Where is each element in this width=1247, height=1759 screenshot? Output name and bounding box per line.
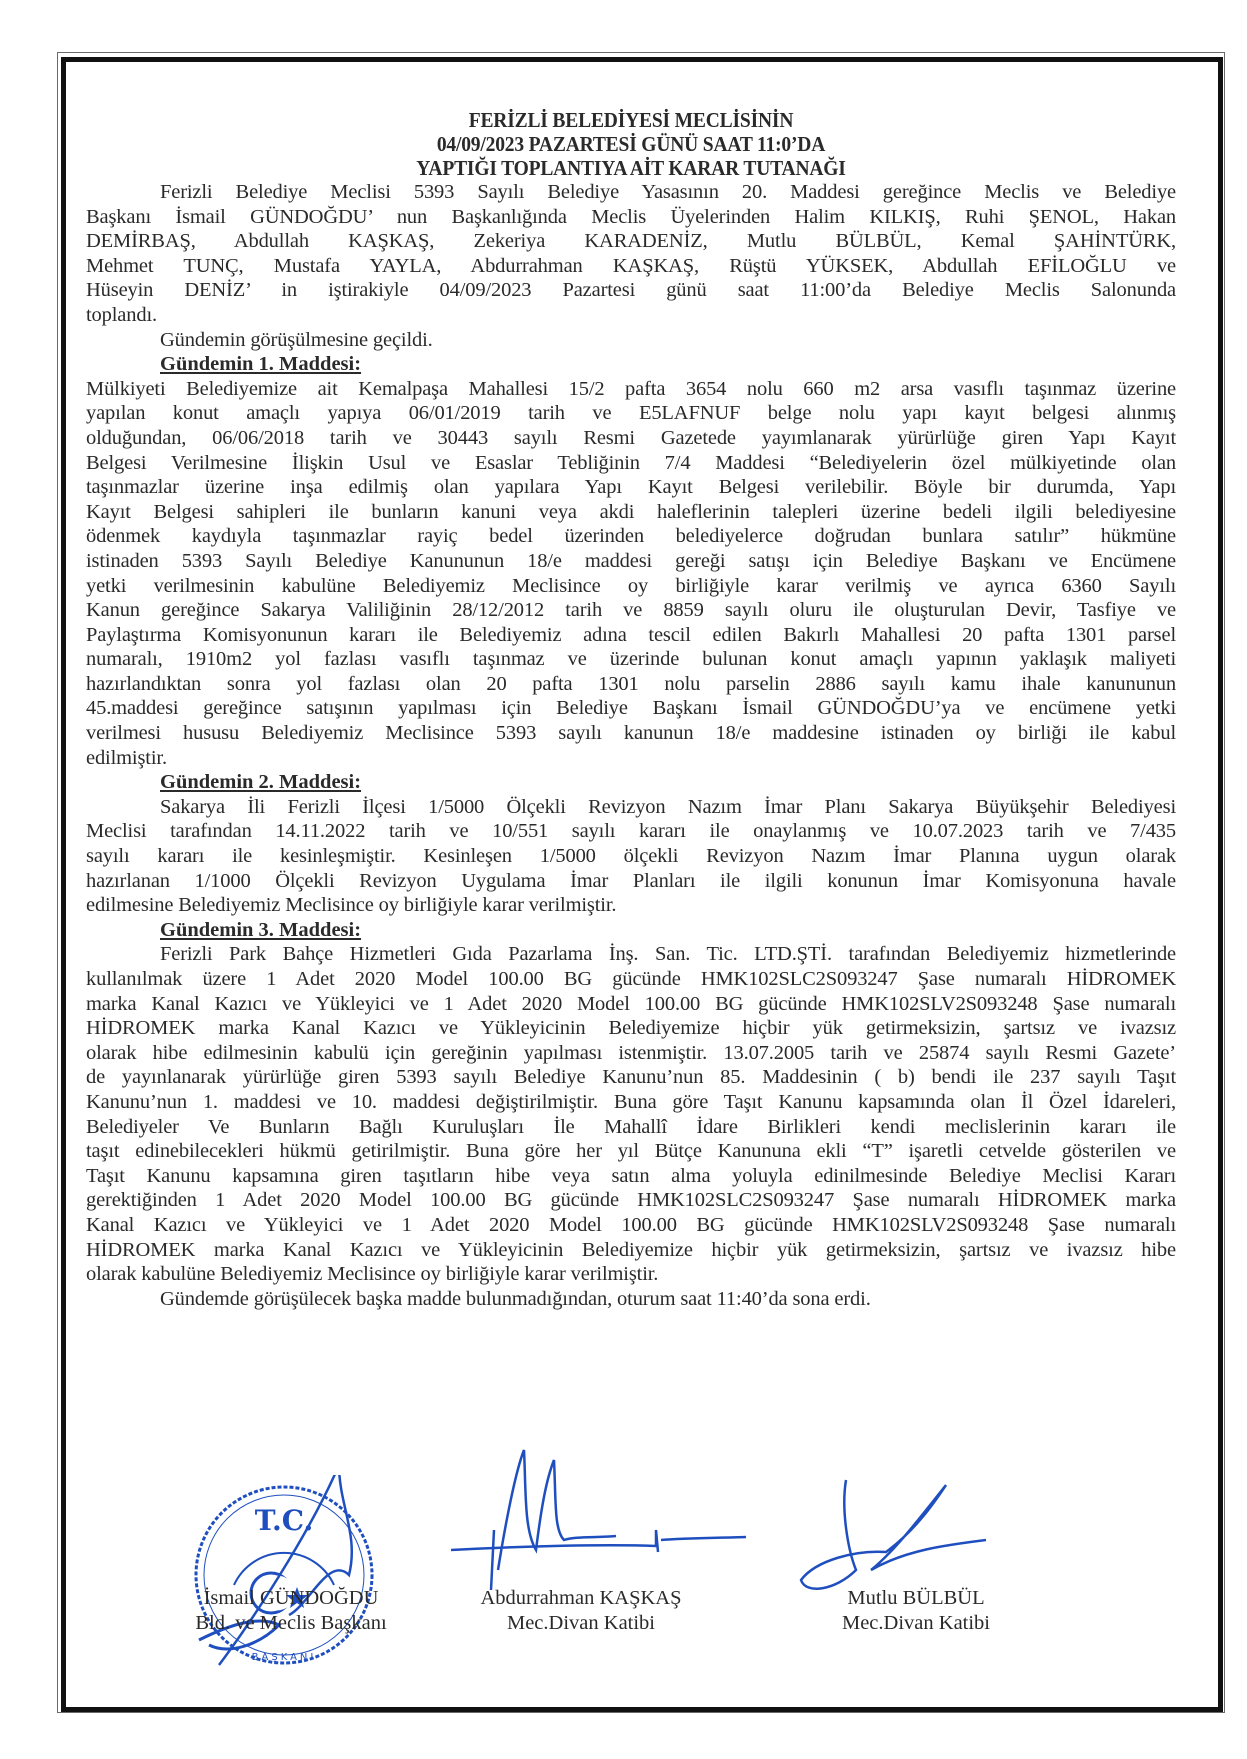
text-line: HİDROMEK marka Kanal Kazıcı ve Yükleyici… (86, 1016, 1176, 1041)
text-line: ödenmek kaydıyla taşınmazlar rayiç bedel… (86, 524, 1176, 549)
text-line: de yayınlanarak yürürlüğe giren 5393 say… (86, 1065, 1176, 1090)
text-line: Başkanı İsmail GÜNDOĞDU’ nun Başkanlığın… (86, 205, 1176, 230)
agenda-intro: Gündemin görüşülmesine geçildi. (86, 328, 1176, 353)
text-line: Paylaştırma Komisyonunun kararı ile Bele… (86, 623, 1176, 648)
text-line: Kanunu’nun 1. maddesi ve 10. maddesi değ… (86, 1090, 1176, 1115)
agenda-item-heading: Gündemin 1. Maddesi: (86, 352, 1176, 377)
text-line: Meclisi tarafından 14.11.2022 tarih ve 1… (86, 819, 1176, 844)
title-line: FERİZLİ BELEDİYESİ MECLİSİNİN (124, 108, 1138, 132)
text-line: yetki verilmesinin kabulüne Belediyemiz … (86, 574, 1176, 599)
agenda-item-body: Mülkiyeti Belediyemize ait Kemalpaşa Mah… (86, 377, 1176, 771)
title-line: 04/09/2023 PAZARTESİ GÜNÜ SAAT 11:0’DA (124, 132, 1138, 156)
text-line: taşıt edinebilecekleri hükmü getirilmişt… (86, 1139, 1176, 1164)
signature-area: T.C. BAŞKANI İsmail GÜNDOĞDU Bld. ve Mec… (86, 1470, 1176, 1690)
signatory-role: Bld. ve Meclis Başkanı (176, 1611, 406, 1636)
agenda-item-heading: Gündemin 2. Maddesi: (86, 770, 1176, 795)
text-line: Mehmet TUNÇ, Mustafa YAYLA, Abdurrahman … (86, 254, 1176, 279)
text-line: taşınmazlar üzerine inşa edilmiş olan ya… (86, 475, 1176, 500)
text-line: verilmesi hususu Belediyemiz Meclisince … (86, 721, 1176, 746)
text-line: Sakarya İli Ferizli İlçesi 1/5000 Ölçekl… (86, 795, 1176, 820)
signatory-role: Mec.Divan Katibi (816, 1611, 1016, 1636)
text-line: Ferizli Belediye Meclisi 5393 Sayılı Bel… (86, 180, 1176, 205)
signatory-secretary-2: Mutlu BÜLBÜL Mec.Divan Katibi (816, 1586, 1016, 1635)
text-line: Belgesi Verilmesine İlişkin Usul ve Esas… (86, 451, 1176, 476)
text-line: Taşıt Kanunu kapsamına giren taşıtların … (86, 1164, 1176, 1189)
signatory-name: Abdurrahman KAŞKAŞ (461, 1586, 701, 1611)
intro-paragraph: Ferizli Belediye Meclisi 5393 Sayılı Bel… (86, 180, 1176, 328)
text-line: gerektiğinden 1 Adet 2020 Model 100.00 B… (86, 1188, 1176, 1213)
closing-statement: Gündemde görüşülecek başka madde bulunma… (86, 1287, 1176, 1312)
text-line: marka Kanal Kazıcı ve Yükleyici ve 1 Ade… (86, 992, 1176, 1017)
text-line: yapılan konut amaçlı yapıya 06/01/2019 t… (86, 401, 1176, 426)
svg-text:BAŞKANI: BAŞKANI (252, 1652, 317, 1663)
text-line: HİDROMEK marka Kanal Kazıcı ve Yükleyici… (86, 1238, 1176, 1263)
text-line: DEMİRBAŞ, Abdullah KAŞKAŞ, Zekeriya KARA… (86, 229, 1176, 254)
text-line: toplandı. (86, 303, 1176, 328)
text-line: kullanılmak üzere 1 Adet 2020 Model 100.… (86, 967, 1176, 992)
agenda-item-2: Gündemin 2. Maddesi: Sakarya İli Ferizli… (86, 770, 1176, 918)
agenda-item-heading: Gündemin 3. Maddesi: (86, 918, 1176, 943)
text-line: hazırlanan 1/1000 Ölçekli Revizyon Uygul… (86, 869, 1176, 894)
text-line: Kayıt Belgesi sahipleri ile bunların kan… (86, 500, 1176, 525)
text-line: 45.maddesi gereğince satışının yapılması… (86, 696, 1176, 721)
text-line: Kanun gereğince Sakarya Valiliğinin 28/1… (86, 598, 1176, 623)
signature-kaskas-icon (446, 1440, 746, 1590)
text-line: edilmiştir. (86, 746, 1176, 771)
text-line: edilmesine Belediyemiz Meclisince oy bir… (86, 893, 1176, 918)
text-line: olduğundan, 06/06/2018 tarih ve 30443 sa… (86, 426, 1176, 451)
signatory-name: İsmail GÜNDOĞDU (176, 1586, 406, 1611)
signatory-mayor: İsmail GÜNDOĞDU Bld. ve Meclis Başkanı (176, 1586, 406, 1635)
text-line: Mülkiyeti Belediyemize ait Kemalpaşa Mah… (86, 377, 1176, 402)
agenda-item-3: Gündemin 3. Maddesi: Ferizli Park Bahçe … (86, 918, 1176, 1287)
agenda-item-body: Ferizli Park Bahçe Hizmetleri Gıda Pazar… (86, 942, 1176, 1286)
text-line: hazırlandıktan sonra yol fazlası olan 20… (86, 672, 1176, 697)
text-line: sayılı kararı ile kesinleşmiştir. Kesinl… (86, 844, 1176, 869)
official-seal-icon: T.C. BAŞKANI (189, 1475, 379, 1675)
text-line: Belediyeler Ve Bunların Bağlı Kuruluşlar… (86, 1115, 1176, 1140)
signatory-secretary-1: Abdurrahman KAŞKAŞ Mec.Divan Katibi (461, 1586, 701, 1635)
title-line: YAPTIĞI TOPLANTIYA AİT KARAR TUTANAĞI (124, 156, 1138, 180)
text-line: Ferizli Park Bahçe Hizmetleri Gıda Pazar… (86, 942, 1176, 967)
text-line: olarak hibe edilmesinin kabulü için gere… (86, 1041, 1176, 1066)
signatory-role: Mec.Divan Katibi (461, 1611, 701, 1636)
text-line: Kanal Kazıcı ve Yükleyici ve 1 Adet 2020… (86, 1213, 1176, 1238)
document-page: FERİZLİ BELEDİYESİ MECLİSİNİN 04/09/2023… (86, 108, 1176, 1311)
text-line: olarak kabulüne Belediyemiz Meclisince o… (86, 1262, 1176, 1287)
document-title: FERİZLİ BELEDİYESİ MECLİSİNİN 04/09/2023… (86, 108, 1176, 180)
signatory-name: Mutlu BÜLBÜL (816, 1586, 1016, 1611)
agenda-item-body: Sakarya İli Ferizli İlçesi 1/5000 Ölçekl… (86, 795, 1176, 918)
agenda-item-1: Gündemin 1. Maddesi: Mülkiyeti Belediyem… (86, 352, 1176, 770)
text-line: Hüseyin DENİZ’ in iştirakiyle 04/09/2023… (86, 278, 1176, 303)
text-line: numaralı, 1910m2 yol fazlası vasıflı taş… (86, 647, 1176, 672)
text-line: istinaden 5393 Sayılı Belediye Kanununun… (86, 549, 1176, 574)
